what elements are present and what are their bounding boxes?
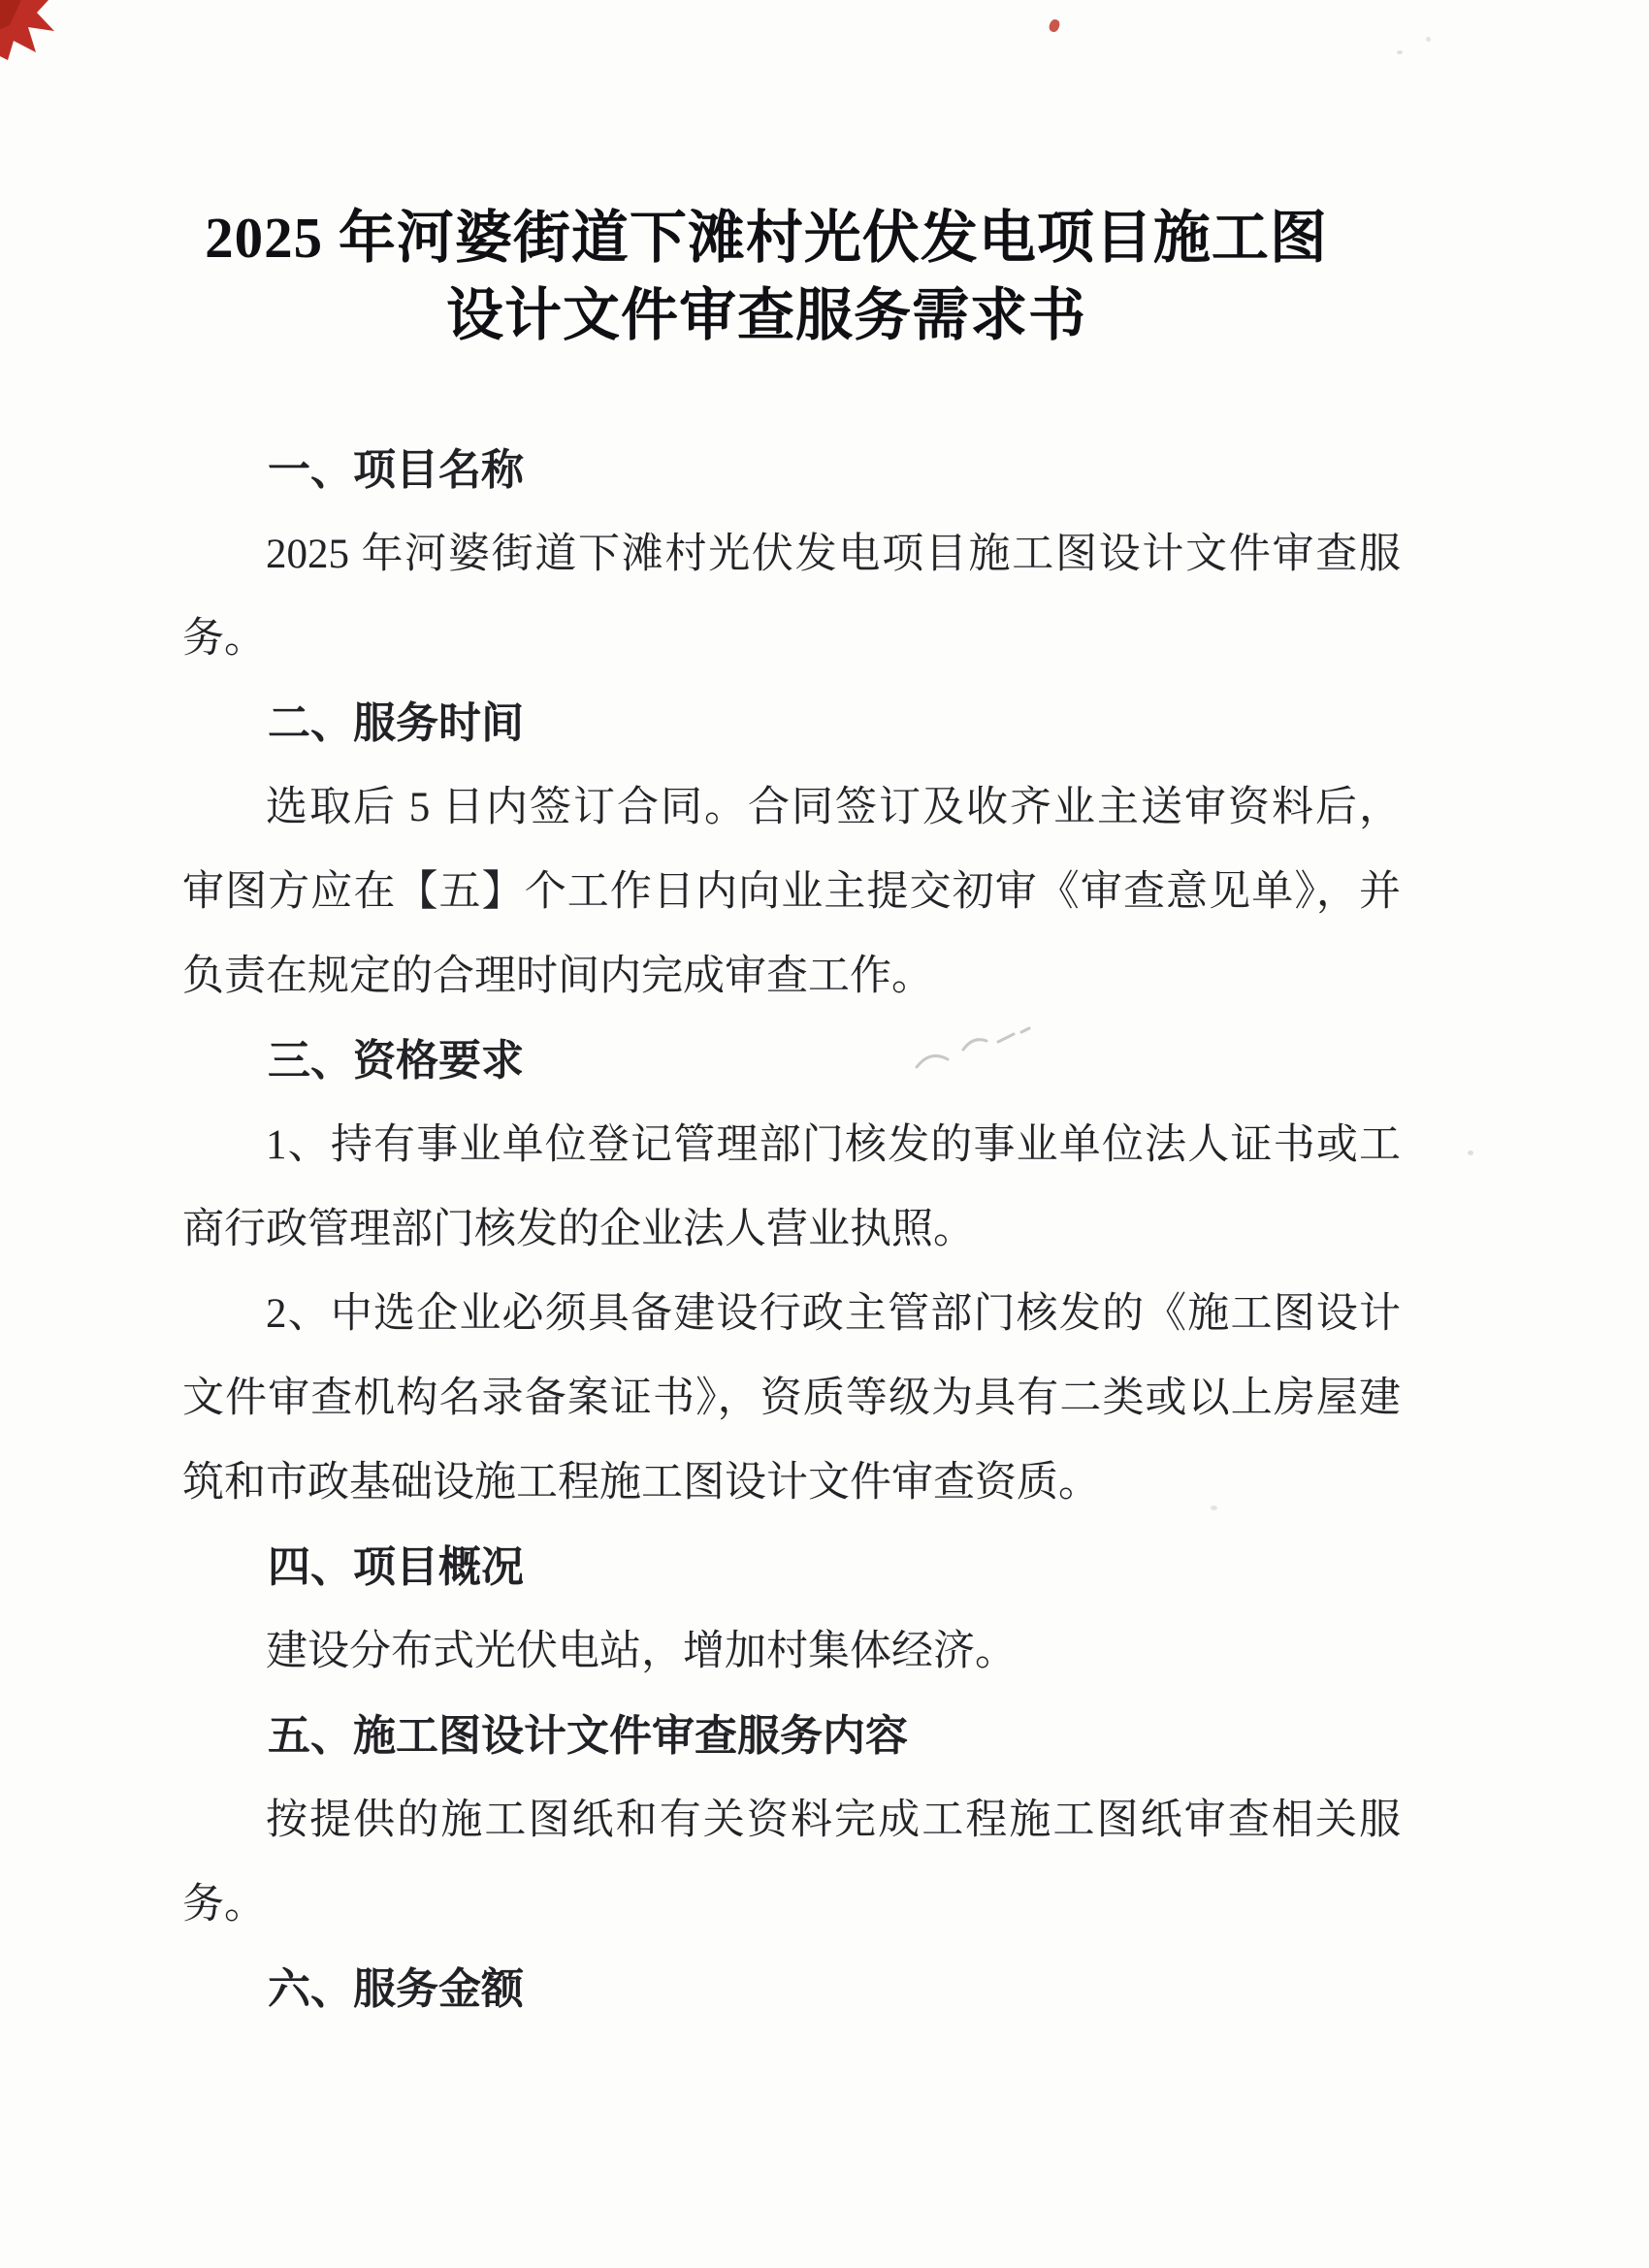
- body-line: 1、持有事业单位登记管理部门核发的事业单位法人证书或工: [182, 1103, 1401, 1187]
- document-page: 2025 年河婆街道下滩村光伏发电项目施工图 设计文件审查服务需求书 一、项目名…: [0, 0, 1649, 2268]
- body-line: 务。: [182, 597, 1401, 681]
- document-body: 一、项目名称 2025 年河婆街道下滩村光伏发电项目施工图设计文件审查服 务。 …: [182, 428, 1401, 2031]
- heading-project-overview: 四、项目概况: [182, 1525, 1401, 1609]
- document-title: 2025 年河婆街道下滩村光伏发电项目施工图 设计文件审查服务需求书: [126, 199, 1406, 354]
- heading-qualification-requirements: 三、资格要求: [182, 1019, 1401, 1103]
- body-line: 文件审查机构名录备案证书》，资质等级为具有二类或以上房屋建: [182, 1356, 1401, 1441]
- body-line: 建设分布式光伏电站，增加村集体经济。: [182, 1609, 1401, 1694]
- scan-artifact-speck: [1397, 50, 1403, 54]
- body-line: 商行政管理部门核发的企业法人营业执照。: [182, 1187, 1401, 1272]
- scan-artifact-speck: [1468, 1150, 1473, 1155]
- title-line-1: 2025 年河婆街道下滩村光伏发电项目施工图: [126, 199, 1406, 276]
- title-line-2: 设计文件审查服务需求书: [126, 276, 1406, 354]
- scan-artifact-speck: [1426, 37, 1431, 42]
- body-line: 负责在规定的合理时间内完成审查工作。: [182, 934, 1401, 1019]
- heading-service-amount: 六、服务金额: [182, 1947, 1401, 2031]
- scan-artifact-red-corner-mark: [0, 0, 70, 70]
- heading-project-name: 一、项目名称: [182, 428, 1401, 512]
- body-line: 选取后 5 日内签订合同。合同签订及收齐业主送审资料后，: [182, 765, 1401, 850]
- body-line: 务。: [182, 1863, 1401, 1947]
- heading-service-time: 二、服务时间: [182, 681, 1401, 765]
- body-line: 审图方应在【五】个工作日内向业主提交初审《审查意见单》，并: [182, 850, 1401, 934]
- scan-artifact-red-speck: [1048, 18, 1061, 34]
- body-line: 2、中选企业必须具备建设行政主管部门核发的《施工图设计: [182, 1272, 1401, 1356]
- body-line: 筑和市政基础设施工程施工图设计文件审查资质。: [182, 1441, 1401, 1525]
- body-line: 2025 年河婆街道下滩村光伏发电项目施工图设计文件审查服: [182, 512, 1401, 597]
- body-line: 按提供的施工图纸和有关资料完成工程施工图纸审查相关服: [182, 1778, 1401, 1863]
- heading-review-service-content: 五、施工图设计文件审查服务内容: [182, 1694, 1401, 1778]
